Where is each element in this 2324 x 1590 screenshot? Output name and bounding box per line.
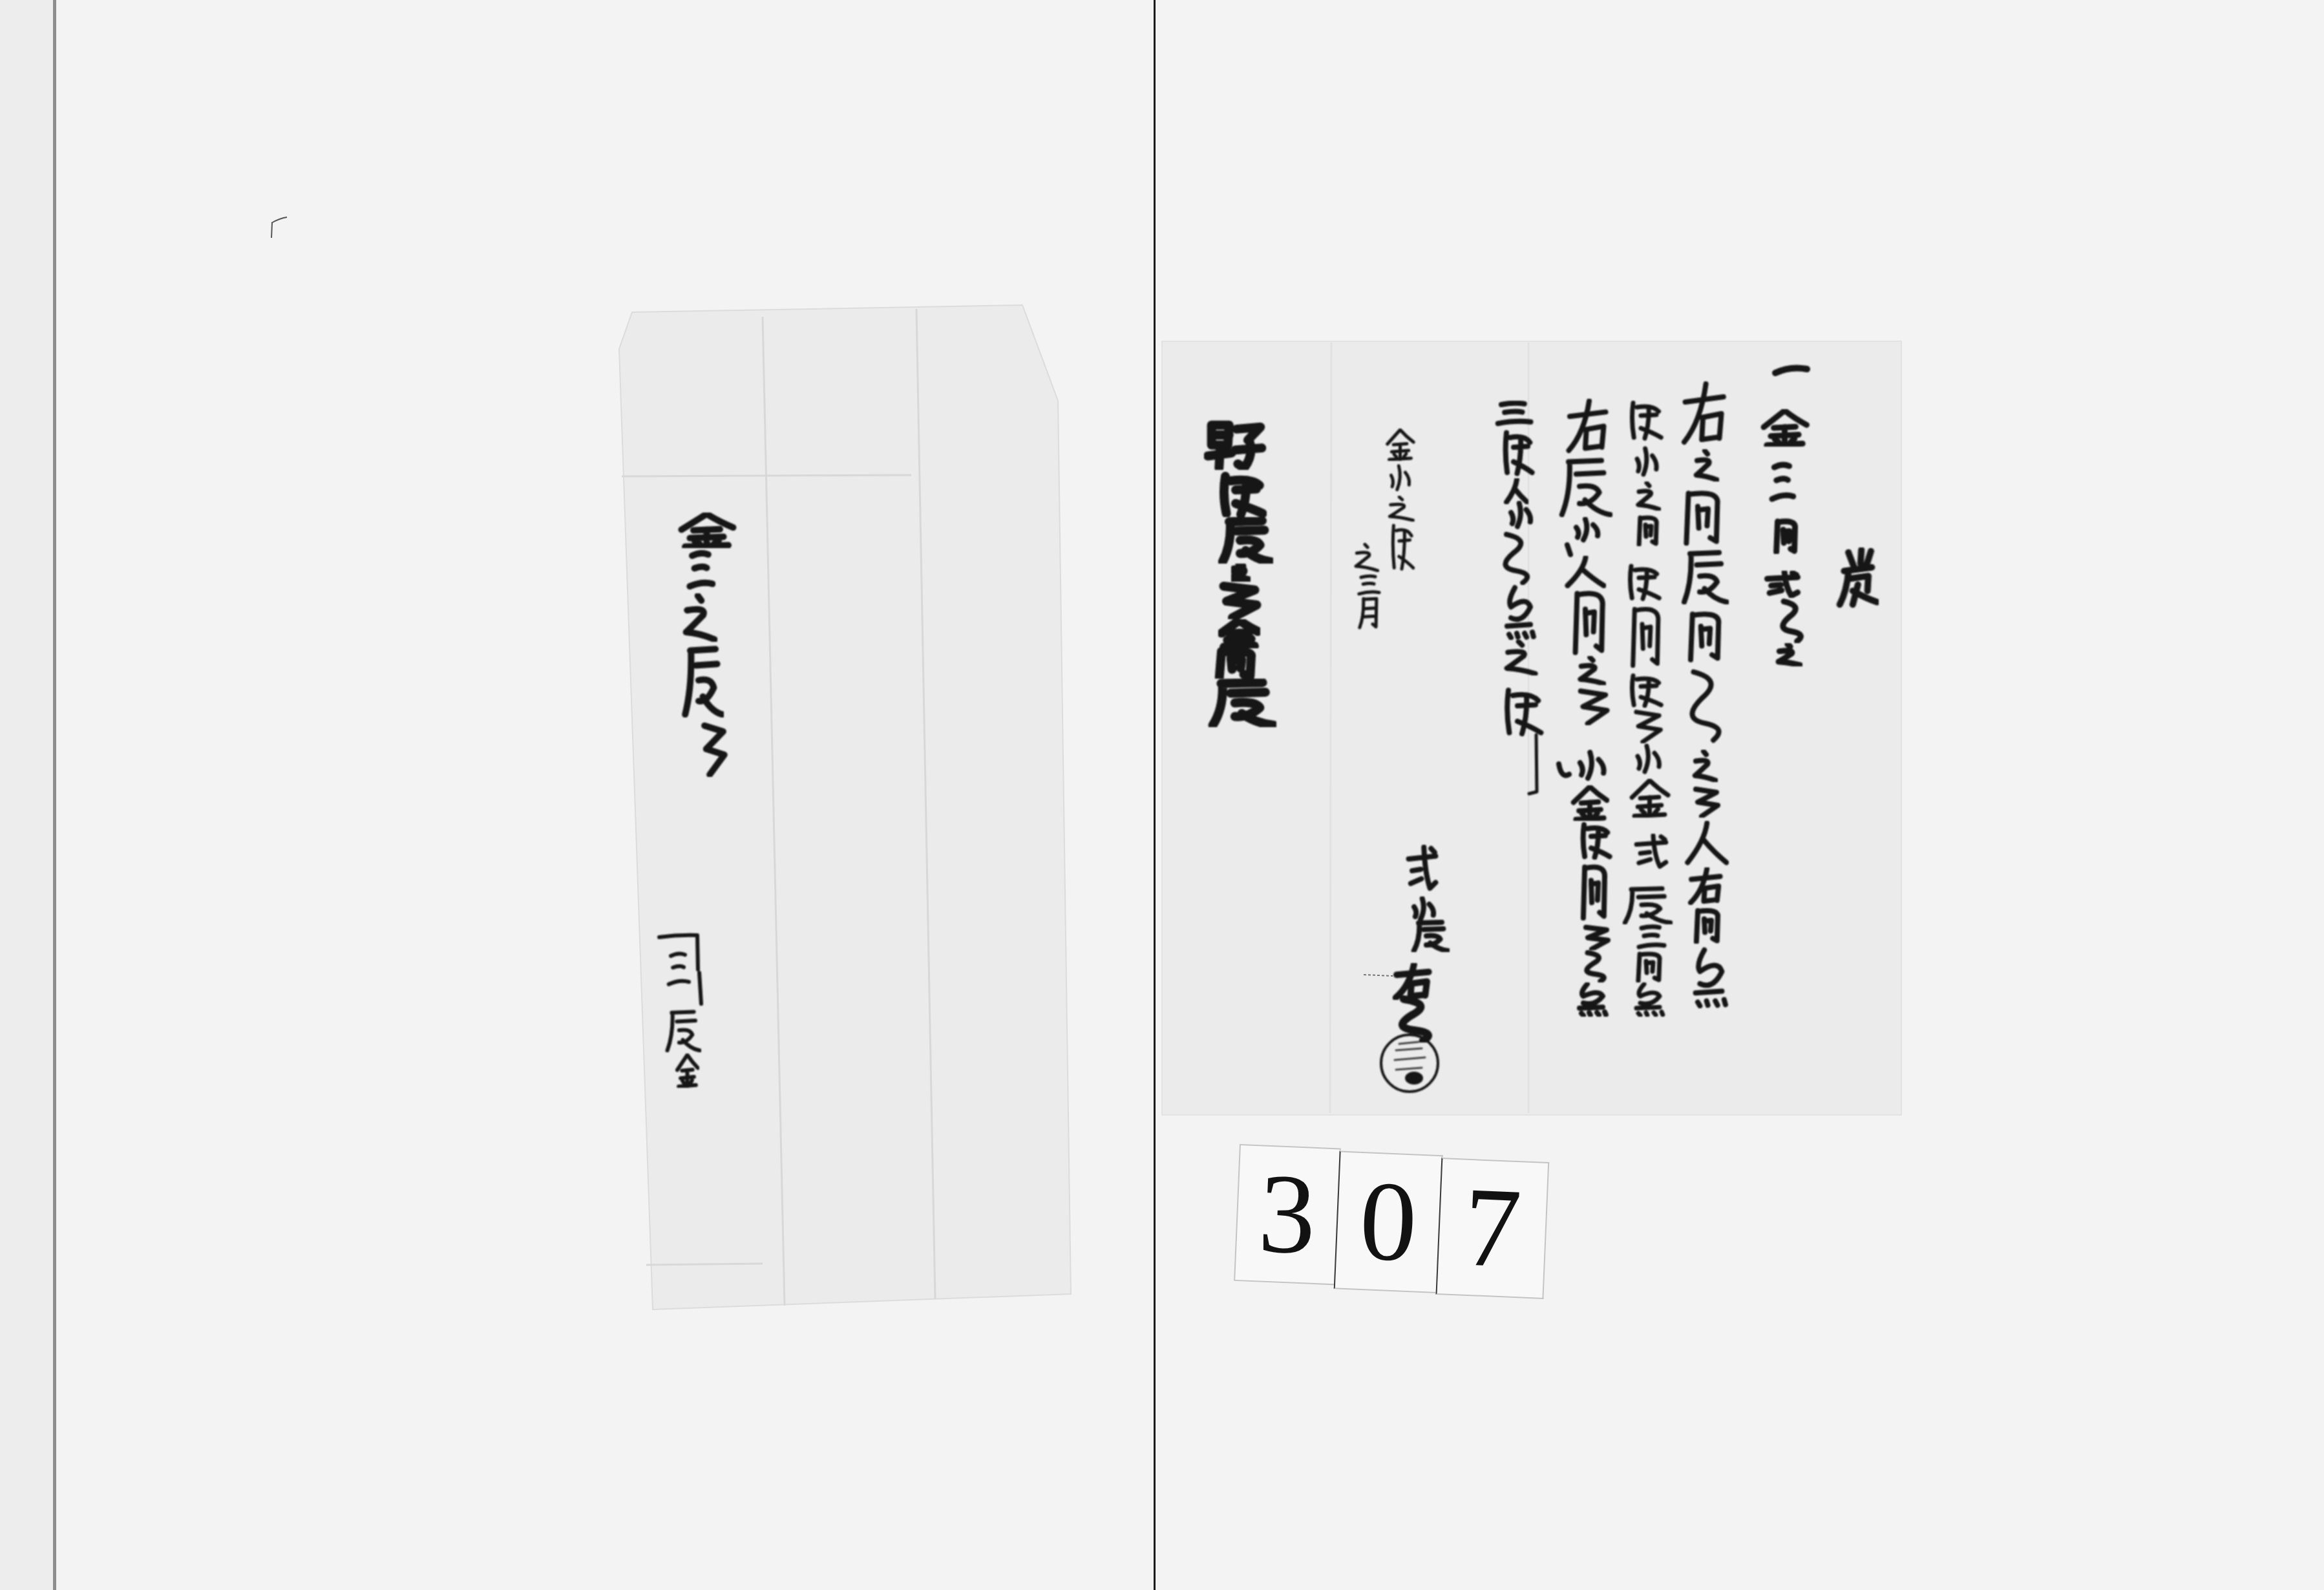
receipt-body-line: 右之通慥ニ受取申候右者為	[1674, 381, 1733, 1012]
scanned-spread	[0, 0, 2324, 1590]
envelope-paper	[619, 305, 1071, 1309]
receipt-heading: 覚	[1834, 546, 1881, 611]
receipt-body-line: 代金者但州仕切ニ而承知遣候	[1619, 397, 1676, 1018]
envelope-title: 金三両弐歩	[675, 511, 740, 779]
seal: 印	[1380, 1034, 1439, 1092]
catalog-digit-tile: 0	[1334, 1150, 1443, 1293]
signer-house: 美山屋	[1401, 843, 1443, 953]
receipt-item-line: 一 金三両弐歩也	[1758, 362, 1813, 669]
catalog-digit-tile: 7	[1436, 1158, 1550, 1299]
receipt-date-year: 嘉永五年	[1383, 427, 1419, 575]
signer-name: 和助	[1386, 962, 1444, 1046]
receipt-body-line: 可申候為後日仍如件	[1490, 399, 1547, 794]
book-spine	[1154, 0, 1156, 1590]
catalog-number: 3 0 7	[1233, 1144, 1550, 1312]
corner-mark	[271, 217, 287, 238]
receipt-date-month: 子三月	[1351, 542, 1386, 632]
catalog-digit-tile: 3	[1234, 1144, 1341, 1285]
envelope-sender: 高松米	[656, 934, 704, 1089]
left-edge-line	[53, 0, 56, 1590]
receipt-addressee: 野依屋之源兵衛殿	[1201, 419, 1278, 729]
receipt-body-line: 其殿江入用之節以書付可請取候	[1554, 397, 1619, 1018]
left-margin	[0, 0, 53, 1590]
